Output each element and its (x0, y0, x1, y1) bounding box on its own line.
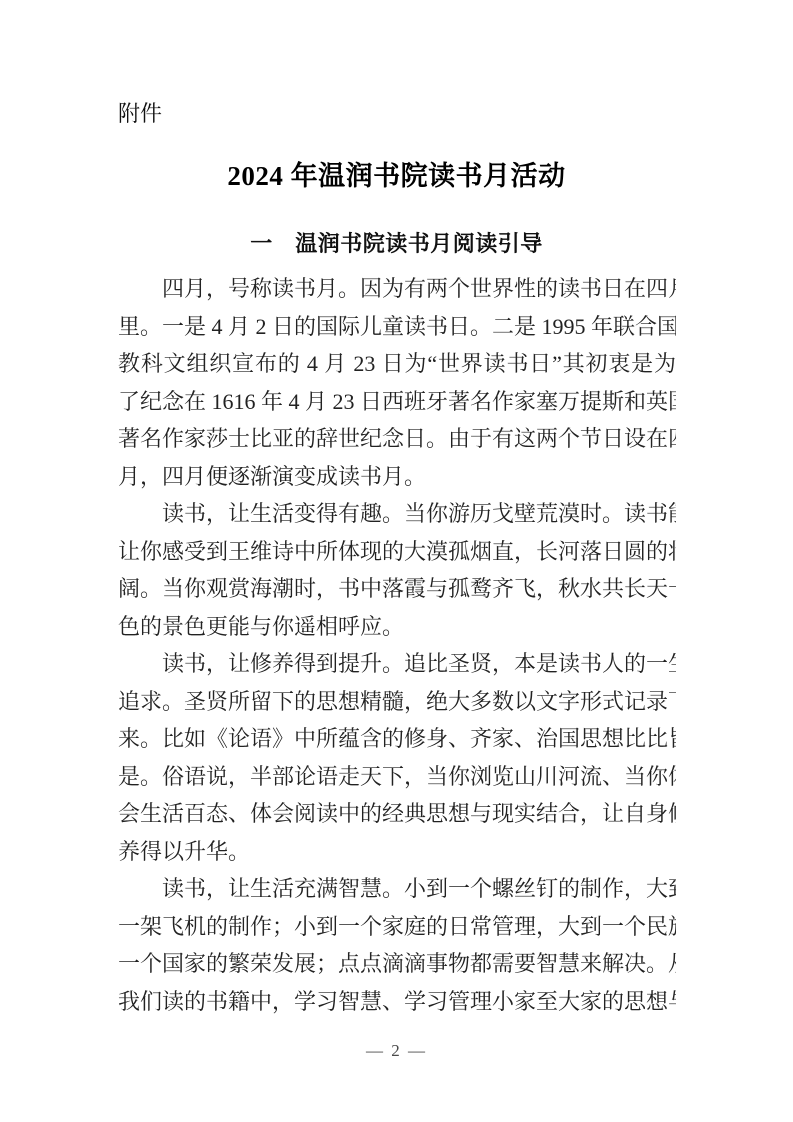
section-heading: 一 温润书院读书月阅读引导 (0, 229, 793, 259)
attachment-label: 附件 (118, 101, 162, 127)
text-line: 读书，让修养得到提升。追比圣贤，本是读书人的一生 (118, 645, 676, 683)
text-line: 著名作家莎士比亚的辞世纪念日。由于有这两个节日设在四 (118, 420, 676, 458)
document-title: 2024 年温润书院读书月活动 (0, 158, 793, 194)
text-line: 一个国家的繁荣发展；点点滴滴事物都需要智慧来解决。从 (118, 945, 676, 983)
document-body: 四月，号称读书月。因为有两个世界性的读书日在四月里。一是 4 月 2 日的国际儿… (118, 270, 676, 1020)
text-line: 教科文组织宣布的 4 月 23 日为“世界读书日”其初衷是为 (118, 345, 676, 383)
text-line: 阔。当你观赏海潮时，书中落霞与孤鹜齐飞，秋水共长天一 (118, 570, 676, 608)
text-line: 来。比如《论语》中所蕴含的修身、齐家、治国思想比比皆 (118, 720, 676, 758)
text-line: 读书，让生活变得有趣。当你游历戈壁荒漠时。读书能 (118, 495, 676, 533)
text-line: 会生活百态、体会阅读中的经典思想与现实结合，让自身修 (118, 795, 676, 833)
text-line: 是。俗语说，半部论语走天下，当你浏览山川河流、当你体 (118, 758, 676, 796)
text-line: 四月，号称读书月。因为有两个世界性的读书日在四月 (118, 270, 676, 308)
paragraph: 读书，让修养得到提升。追比圣贤，本是读书人的一生追求。圣贤所留下的思想精髓，绝大… (118, 645, 676, 870)
text-line: 了纪念在 1616 年 4 月 23 日西班牙著名作家塞万提斯和英国 (118, 383, 676, 421)
paragraph: 读书，让生活变得有趣。当你游历戈壁荒漠时。读书能让你感受到王维诗中所体现的大漠孤… (118, 495, 676, 645)
paragraph: 四月，号称读书月。因为有两个世界性的读书日在四月里。一是 4 月 2 日的国际儿… (118, 270, 676, 495)
text-line: 让你感受到王维诗中所体现的大漠孤烟直，长河落日圆的壮 (118, 533, 676, 571)
page-number: — 2 — (0, 1040, 793, 1062)
text-line: 一架飞机的制作；小到一个家庭的日常管理，大到一个民族 (118, 908, 676, 946)
text-line: 色的景色更能与你遥相呼应。 (118, 608, 676, 646)
text-line: 养得以升华。 (118, 833, 676, 871)
text-line: 里。一是 4 月 2 日的国际儿童读书日。二是 1995 年联合国 (118, 308, 676, 346)
text-line: 追求。圣贤所留下的思想精髓，绝大多数以文字形式记录下 (118, 683, 676, 721)
paragraph: 读书，让生活充满智慧。小到一个螺丝钉的制作，大到一架飞机的制作；小到一个家庭的日… (118, 870, 676, 1020)
document-page: 附件 2024 年温润书院读书月活动 一 温润书院读书月阅读引导 四月，号称读书… (0, 0, 793, 1122)
text-line: 我们读的书籍中，学习智慧、学习管理小家至大家的思想与 (118, 983, 676, 1021)
text-line: 读书，让生活充满智慧。小到一个螺丝钉的制作，大到 (118, 870, 676, 908)
text-line: 月，四月便逐渐演变成读书月。 (118, 458, 676, 496)
